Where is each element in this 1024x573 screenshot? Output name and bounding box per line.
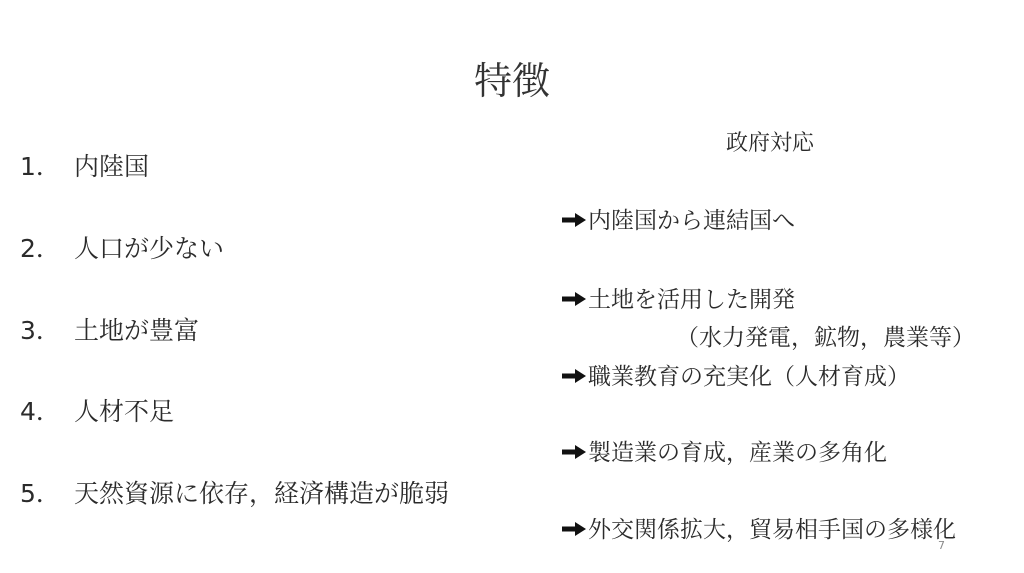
feature-item: 4．人材不足 bbox=[20, 395, 174, 429]
feature-number: 5． bbox=[20, 477, 74, 511]
response-text: 製造業の育成，産業の多角化 bbox=[588, 440, 887, 466]
feature-text: 天然資源に依存，経済構造が脆弱 bbox=[74, 479, 449, 508]
response-item: 外交関係拡大，貿易相手国の多様化 bbox=[562, 514, 956, 546]
page-number: 7 bbox=[938, 539, 945, 553]
government-response-heading: 政府対応 bbox=[700, 128, 840, 160]
feature-number: 4． bbox=[20, 395, 74, 429]
right-arrow-icon bbox=[562, 445, 586, 459]
feature-text: 人口が少ない bbox=[74, 234, 224, 263]
slide-title: 特徴 bbox=[0, 56, 1024, 106]
feature-text: 人材不足 bbox=[74, 397, 174, 426]
response-item: 職業教育の充実化（人材育成） bbox=[562, 361, 910, 393]
response-text: 職業教育の充実化（人材育成） bbox=[588, 364, 910, 390]
feature-item: 5．天然資源に依存，経済構造が脆弱 bbox=[20, 477, 449, 511]
feature-item: 3．土地が豊富 bbox=[20, 314, 199, 348]
feature-text: 土地が豊富 bbox=[74, 316, 199, 345]
response-text: 外交関係拡大，貿易相手国の多様化 bbox=[588, 517, 956, 543]
right-arrow-icon bbox=[562, 522, 586, 536]
feature-number: 3． bbox=[20, 314, 74, 348]
feature-text: 内陸国 bbox=[74, 152, 149, 181]
feature-item: 1．内陸国 bbox=[20, 150, 149, 184]
feature-number: 1． bbox=[20, 150, 74, 184]
feature-number: 2． bbox=[20, 232, 74, 266]
right-arrow-icon bbox=[562, 369, 586, 383]
response-subtext: （水力発電，鉱物，農業等） bbox=[676, 322, 975, 354]
feature-item: 2．人口が少ない bbox=[20, 232, 224, 266]
right-arrow-icon bbox=[562, 292, 586, 306]
response-item: 土地を活用した開発 bbox=[562, 284, 795, 316]
right-arrow-icon bbox=[562, 213, 586, 227]
presentation-slide: 特徴 1．内陸国 2．人口が少ない 3．土地が豊富 4．人材不足 5．天然資源に… bbox=[0, 0, 1024, 573]
response-item: 内陸国から連結国へ bbox=[562, 205, 795, 237]
response-item: 製造業の育成，産業の多角化 bbox=[562, 437, 887, 469]
response-text: 内陸国から連結国へ bbox=[588, 208, 795, 234]
response-text: 土地を活用した開発 bbox=[588, 287, 795, 313]
